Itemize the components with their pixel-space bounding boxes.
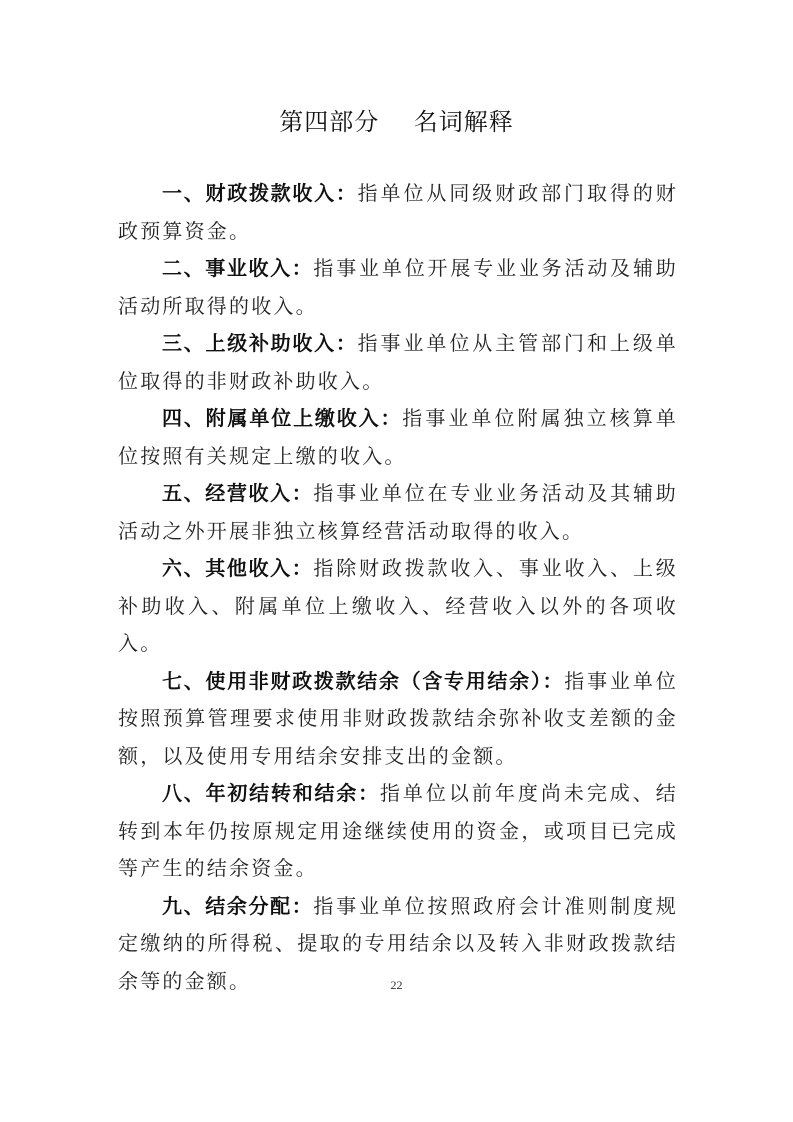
glossary-entry-4: 四、附属单位上缴收入：指事业单位附属独立核算单位按照有关规定上缴的收入。	[118, 400, 678, 475]
glossary-content: 一、财政拨款收入：指单位从同级财政部门取得的财政预算资金。 二、事业收入：指事业…	[118, 175, 678, 1000]
term-label: 九、结余分配：	[162, 894, 313, 918]
page-title: 第四部分 名词解释	[0, 102, 793, 137]
term-label: 七、使用非财政拨款结余（含专用结余）：	[162, 669, 564, 693]
term-label: 五、经营收入：	[162, 481, 313, 505]
glossary-entry-5: 五、经营收入：指事业单位在专业业务活动及其辅助活动之外开展非独立核算经营活动取得…	[118, 475, 678, 550]
term-label: 四、附属单位上缴收入：	[162, 406, 402, 430]
glossary-entry-7: 七、使用非财政拨款结余（含专用结余）：指事业单位按照预算管理要求使用非财政拨款结…	[118, 663, 678, 776]
page-number: 22	[0, 978, 793, 993]
term-label: 八、年初结转和结余：	[162, 781, 380, 805]
term-label: 二、事业收入：	[162, 256, 313, 280]
glossary-entry-8: 八、年初结转和结余：指单位以前年度尚未完成、结转到本年仍按原规定用途继续使用的资…	[118, 775, 678, 888]
term-label: 六、其他收入：	[162, 556, 313, 580]
term-label: 一、财政拨款收入：	[162, 181, 358, 205]
glossary-entry-1: 一、财政拨款收入：指单位从同级财政部门取得的财政预算资金。	[118, 175, 678, 250]
document-page: 第四部分 名词解释 一、财政拨款收入：指单位从同级财政部门取得的财政预算资金。 …	[0, 0, 793, 1122]
glossary-entry-3: 三、上级补助收入：指事业单位从主管部门和上级单位取得的非财政补助收入。	[118, 325, 678, 400]
term-label: 三、上级补助收入：	[162, 331, 358, 355]
glossary-entry-2: 二、事业收入：指事业单位开展专业业务活动及辅助活动所取得的收入。	[118, 250, 678, 325]
glossary-entry-6: 六、其他收入：指除财政拨款收入、事业收入、上级补助收入、附属单位上缴收入、经营收…	[118, 550, 678, 663]
